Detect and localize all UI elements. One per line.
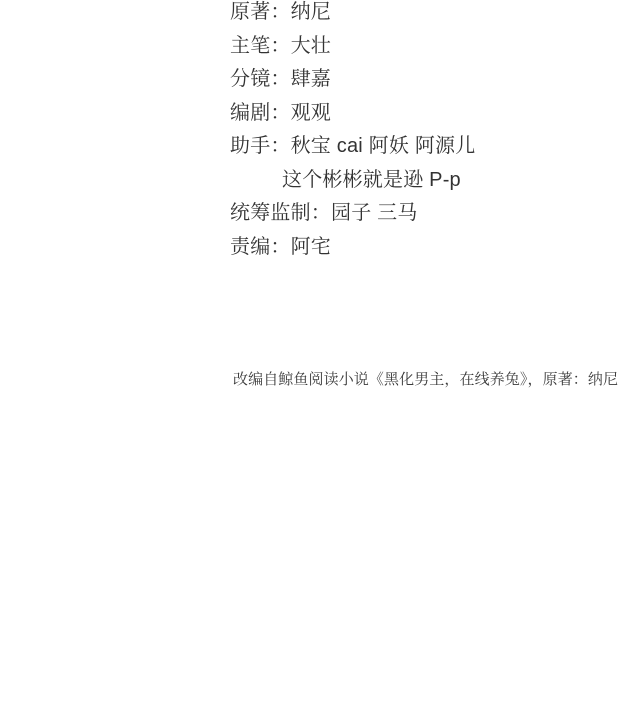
credits-page: 原著：纳尼 主笔：大壮 分镜：肆嘉 编剧：观观 助手：秋宝 cai 阿妖 阿源儿… [0, 0, 640, 723]
credits-block: 原著：纳尼 主笔：大壮 分镜：肆嘉 编剧：观观 助手：秋宝 cai 阿妖 阿源儿… [230, 0, 475, 264]
credit-assistants-note: 这个彬彬就是逊 P-p [282, 164, 475, 198]
credit-original-author: 原著：纳尼 [230, 0, 475, 30]
credit-production-supervisors: 统筹监制：园子 三马 [230, 197, 475, 231]
adaptation-source-note: 改编自鲸鱼阅读小说《黑化男主，在线养兔》，原著：纳尼 [233, 369, 618, 391]
credit-editor: 责编：阿宅 [230, 231, 475, 265]
credit-lead-artist: 主笔：大壮 [230, 30, 475, 64]
credit-storyboard: 分镜：肆嘉 [230, 63, 475, 97]
credit-screenwriter: 编剧：观观 [230, 97, 475, 131]
credit-assistants: 助手：秋宝 cai 阿妖 阿源儿 [230, 130, 475, 164]
